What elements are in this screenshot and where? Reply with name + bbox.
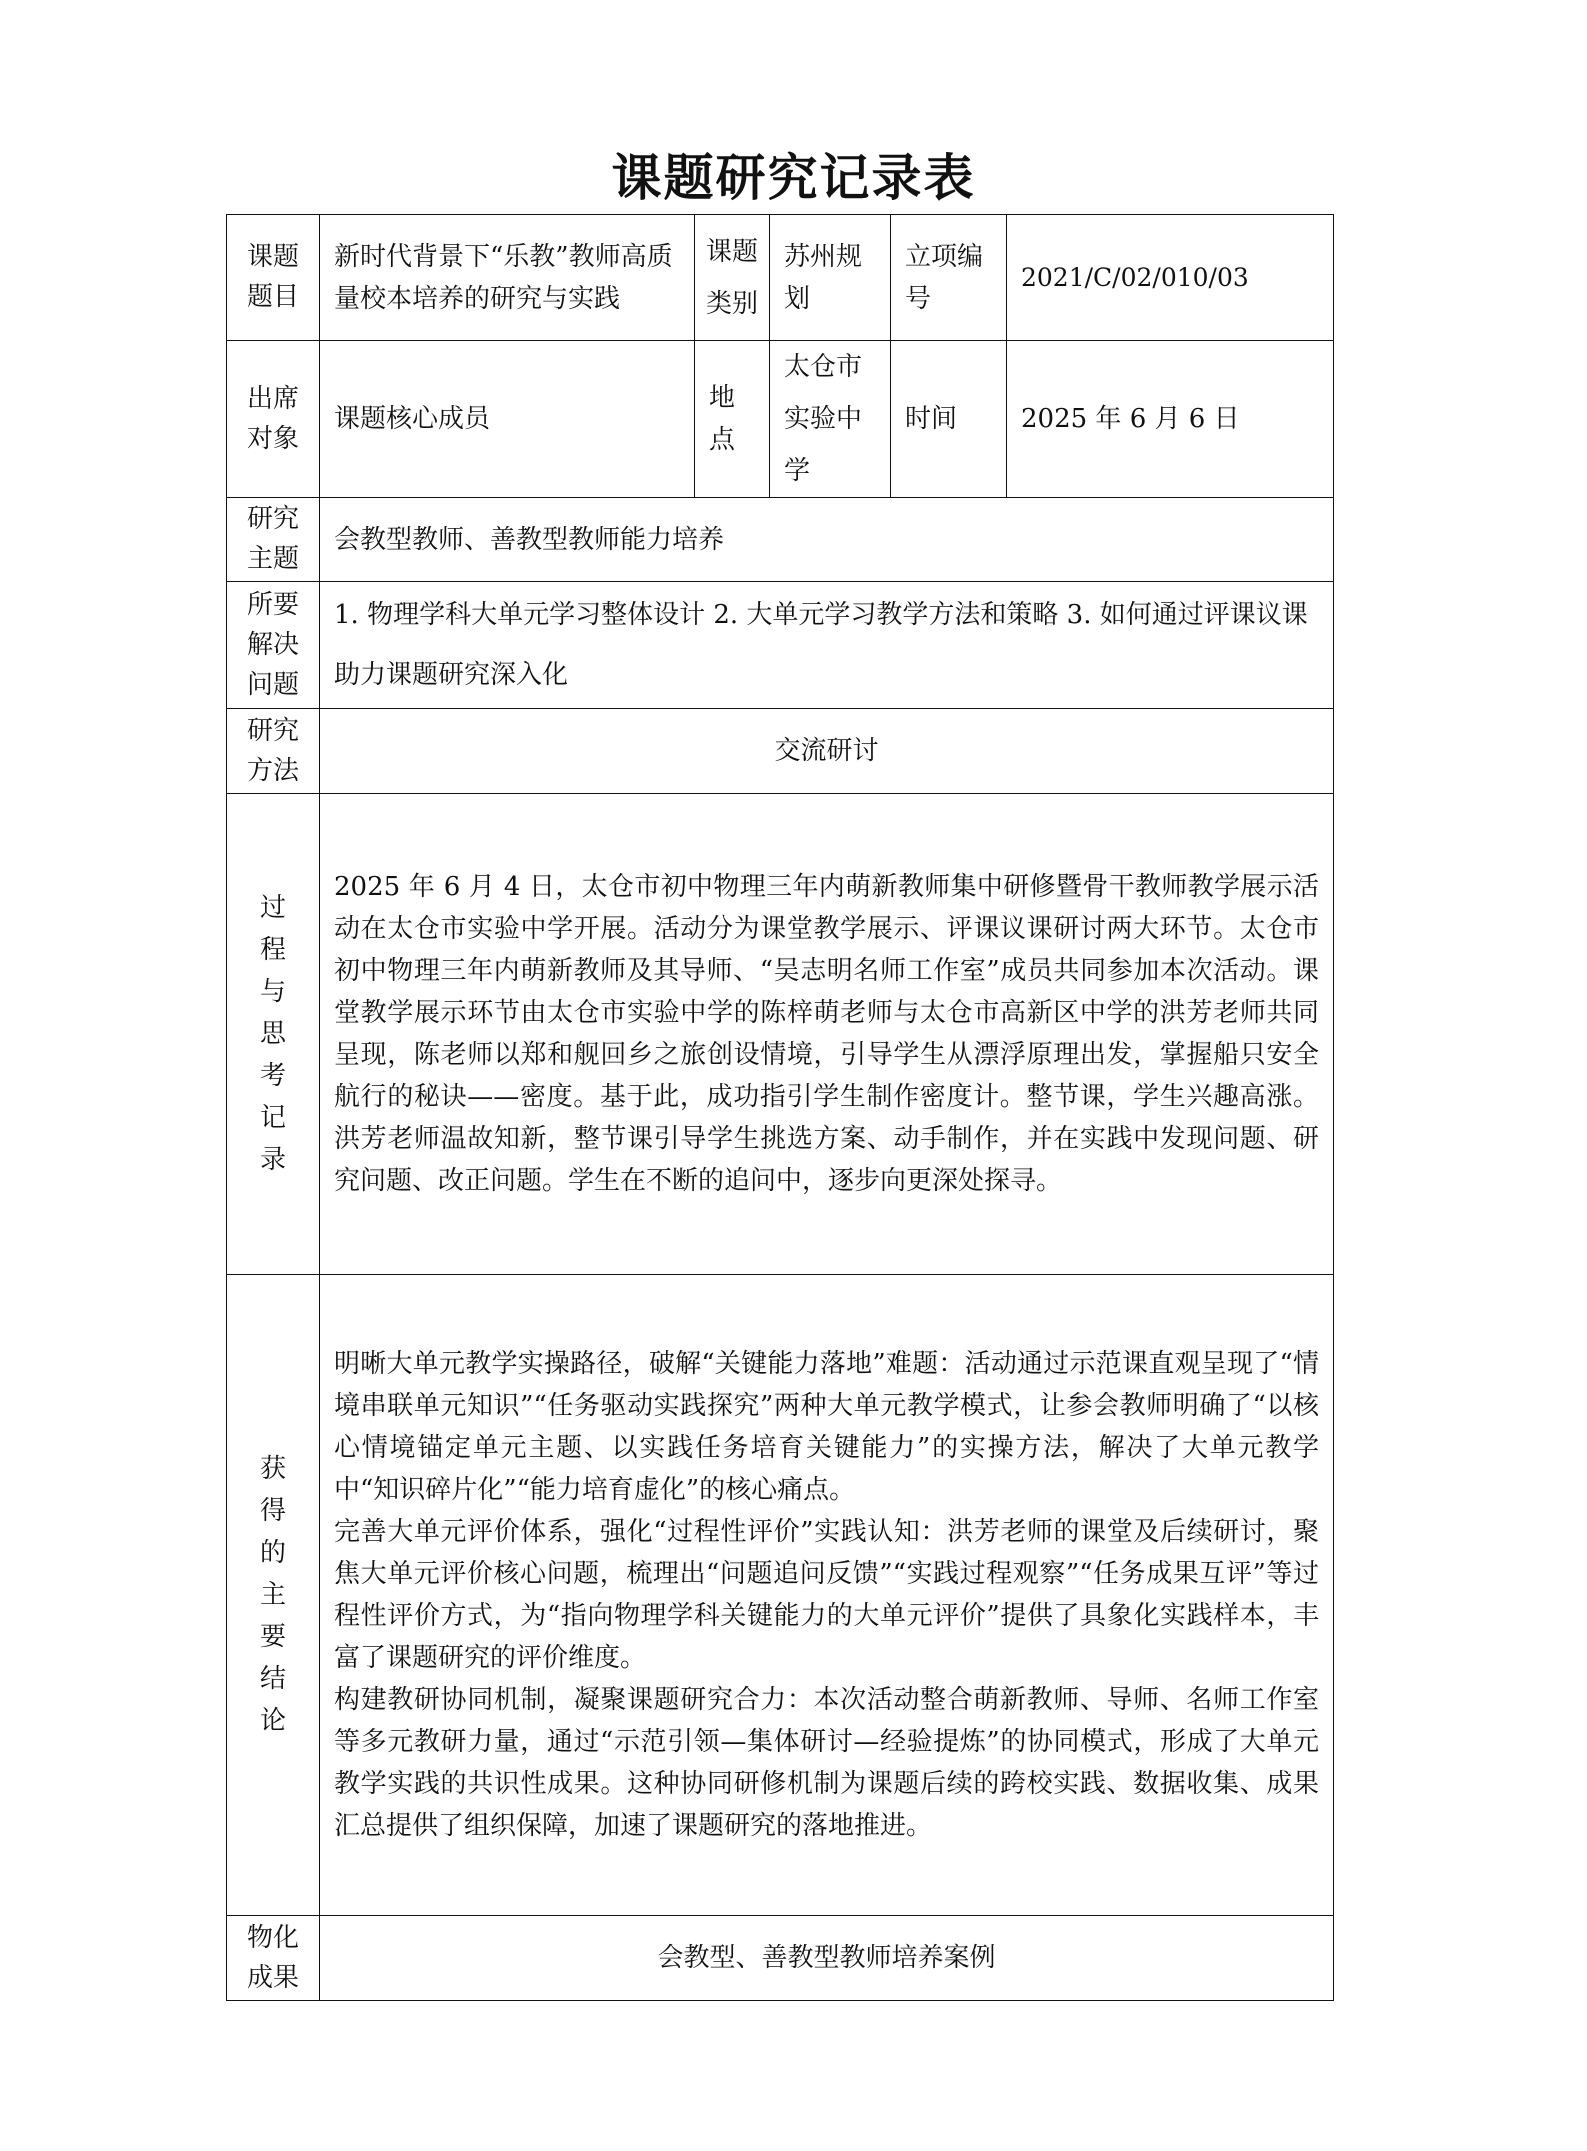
conclusion-paragraph-1: 明晰大单元教学实操路径，破解“关键能力落地”难题：活动通过示范课直观呈现了“情境… — [334, 1343, 1319, 1511]
location-value: 太仓市实验中学 — [770, 341, 891, 498]
row-attendees: 出席对象 课题核心成员 地点 太仓市实验中学 时间 2025 年 6 月 6 日 — [227, 341, 1334, 498]
attendees-value: 课题核心成员 — [320, 341, 695, 498]
label-attendees-cell: 出席对象 — [227, 341, 320, 498]
conclusion-paragraph-3: 构建教研协同机制，凝聚课题研究合力：本次活动整合萌新教师、导师、名师工作室等多元… — [334, 1679, 1319, 1847]
row-topic: 课题题目 新时代背景下“乐教”教师高质量校本培养的研究与实践 课题类别 苏州规划… — [227, 215, 1334, 341]
label-theme-cell: 研究主题 — [227, 498, 320, 582]
conclusion-paragraph-2: 完善大单元评价体系，强化“过程性评价”实践认知：洪芳老师的课堂及后续研讨，聚焦大… — [334, 1511, 1319, 1679]
label-attendees: 出席对象 — [244, 379, 302, 459]
project-no-value: 2021/C/02/010/03 — [1007, 215, 1334, 341]
theme-value: 会教型教师、善教型教师能力培养 — [320, 498, 1334, 582]
label-problems: 所要解决问题 — [244, 585, 302, 705]
label-problems-cell: 所要解决问题 — [227, 582, 320, 709]
label-location: 地点 — [695, 341, 770, 498]
topic-value: 新时代背景下“乐教”教师高质量校本培养的研究与实践 — [320, 215, 695, 341]
label-process: 过程与思考记录 — [258, 887, 288, 1181]
row-conclusions: 获得的主要结论 明晰大单元教学实操路径，破解“关键能力落地”难题：活动通过示范课… — [227, 1275, 1334, 1916]
label-topic: 课题题目 — [244, 237, 302, 317]
label-category-cell: 课题类别 — [695, 215, 770, 341]
label-method-cell: 研究方法 — [227, 709, 320, 794]
process-paragraph: 2025 年 6 月 4 日，太仓市初中物理三年内萌新教师集中研修暨骨干教师教学… — [334, 866, 1319, 1202]
label-theme: 研究主题 — [244, 499, 302, 579]
row-process: 过程与思考记录 2025 年 6 月 4 日，太仓市初中物理三年内萌新教师集中研… — [227, 794, 1334, 1275]
label-method: 研究方法 — [244, 711, 302, 791]
document-title: 课题研究记录表 — [0, 138, 1587, 210]
row-problems: 所要解决问题 1. 物理学科大单元学习整体设计 2. 大单元学习教学方法和策略 … — [227, 582, 1334, 709]
conclusions-content: 明晰大单元教学实操路径，破解“关键能力落地”难题：活动通过示范课直观呈现了“情境… — [320, 1275, 1334, 1916]
label-outcome: 物化成果 — [244, 1918, 302, 1998]
label-time: 时间 — [891, 341, 1007, 498]
category-value: 苏州规划 — [770, 215, 891, 341]
time-value: 2025 年 6 月 6 日 — [1007, 341, 1334, 498]
row-theme: 研究主题 会教型教师、善教型教师能力培养 — [227, 498, 1334, 582]
label-category: 课题类别 — [703, 226, 761, 330]
label-project-no: 立项编号 — [891, 215, 1007, 341]
label-topic-cell: 课题题目 — [227, 215, 320, 341]
label-process-cell: 过程与思考记录 — [227, 794, 320, 1275]
outcome-value: 会教型、善教型教师培养案例 — [320, 1916, 1334, 2001]
label-outcome-cell: 物化成果 — [227, 1916, 320, 2001]
problems-value: 1. 物理学科大单元学习整体设计 2. 大单元学习教学方法和策略 3. 如何通过… — [320, 582, 1334, 709]
label-conclusions: 获得的主要结论 — [258, 1448, 288, 1742]
research-record-table: 课题题目 新时代背景下“乐教”教师高质量校本培养的研究与实践 课题类别 苏州规划… — [226, 214, 1334, 2001]
label-conclusions-cell: 获得的主要结论 — [227, 1275, 320, 1916]
row-outcome: 物化成果 会教型、善教型教师培养案例 — [227, 1916, 1334, 2001]
row-method: 研究方法 交流研讨 — [227, 709, 1334, 794]
process-content: 2025 年 6 月 4 日，太仓市初中物理三年内萌新教师集中研修暨骨干教师教学… — [320, 794, 1334, 1275]
method-value: 交流研讨 — [320, 709, 1334, 794]
